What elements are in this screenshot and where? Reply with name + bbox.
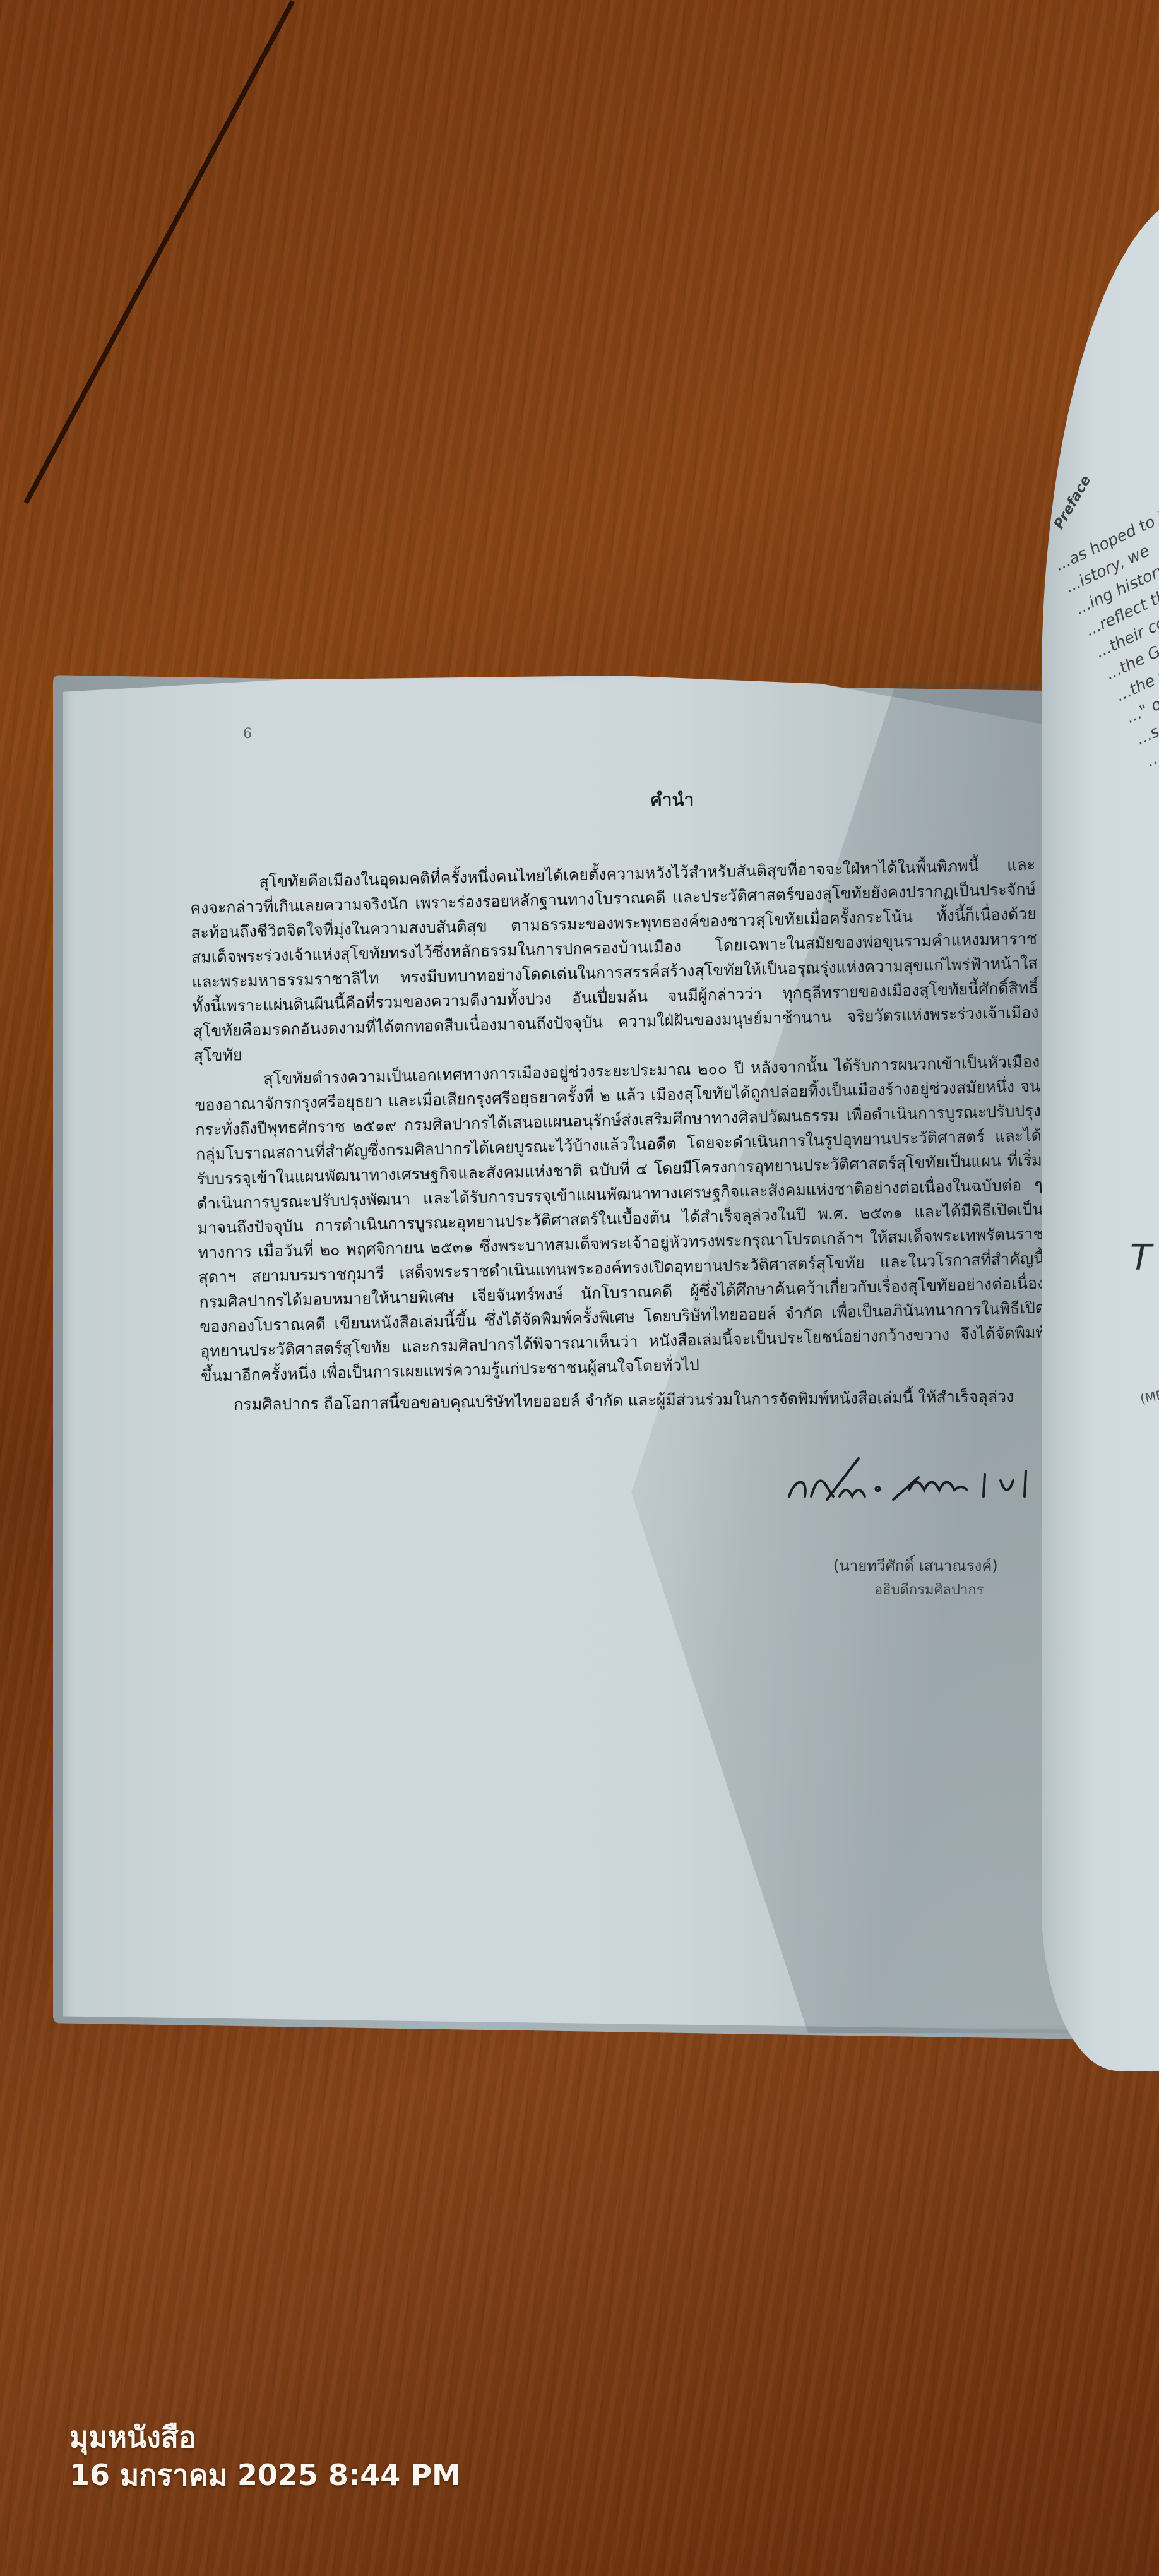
watermark-datetime: 16 มกราคม 2025 8:44 PM (69, 2456, 461, 2494)
signature-icon (783, 1452, 1035, 1509)
table-seam (23, 0, 295, 504)
watermark-title: มุมหนังสือ (69, 2418, 461, 2456)
page-number: 6 (243, 726, 252, 742)
page-title: คำนำ (650, 786, 694, 814)
foreword-body: สุโขทัยคือเมืองในอุดมคติที่ครั้งหนึ่งคนไ… (189, 852, 1047, 1388)
preface-signature-icon: T (1130, 1237, 1151, 1279)
right-page-curl (1042, 189, 1159, 2071)
signer-name: (นายทวีศักดิ์ เสนาณรงค์) (833, 1553, 998, 1578)
signer-title: อธิบดีกรมศิลปากร (874, 1578, 984, 1601)
photo-watermark: มุมหนังสือ 16 มกราคม 2025 8:44 PM (69, 2418, 461, 2494)
paragraph: สุโขทัยดำรงความเป็นเอกเทศทางการเมืองอยู่… (194, 1049, 1047, 1388)
paragraph: สุโขทัยคือเมืองในอุดมคติที่ครั้งหนึ่งคนไ… (189, 852, 1040, 1068)
